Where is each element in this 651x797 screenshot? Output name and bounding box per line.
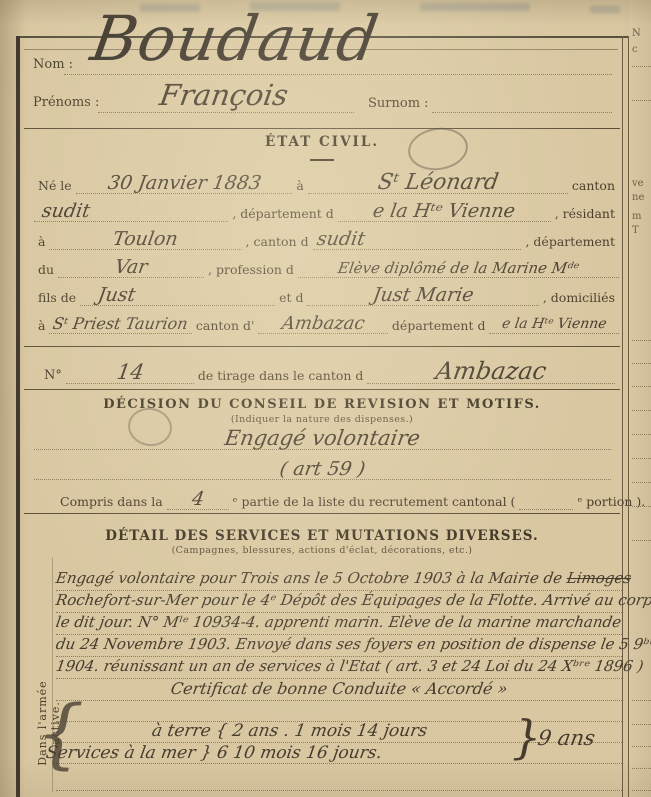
decision-line-1: Engagé volontaire: [34, 420, 611, 450]
ruled-line: [632, 434, 651, 435]
register-page: N c ve ne m T Nom : Boudaud Prénoms : Fr…: [0, 0, 651, 797]
field-value: e la Hᵗᵉ Vienne: [489, 313, 619, 334]
field-value: Sᵗ Priest Taurion: [49, 314, 191, 334]
parents-row: fils de Just et d Just Marie , domicilié…: [34, 278, 619, 306]
decision-title: DÉCISION DU CONSEIL DE REVISION ET MOTIF…: [24, 397, 620, 412]
ruled-line: [632, 482, 651, 483]
services-terre-line: à terre { 2 ans . 1 mois 14 jours: [152, 721, 427, 741]
profession-row: du Var , profession d Elève diplômé de l…: [34, 250, 619, 278]
canton-row: sudit , département d e la Hᵗᵉ Vienne , …: [34, 194, 619, 222]
field-label: , canton d: [242, 234, 313, 250]
service-entry-line: le dit jour. N° Mˡᵉ 10934-4. apprenti ma…: [56, 612, 622, 635]
left-border-rule: [16, 36, 20, 797]
field-value: Just: [80, 286, 275, 306]
ruled-line: [632, 540, 651, 541]
nom-handwritten: Boudaud: [92, 2, 378, 75]
bleed-mark: [420, 3, 530, 11]
field-value: e la Hᵗᵉ Vienne: [338, 202, 551, 222]
decision-value: ( art 59 ): [34, 460, 611, 480]
field-label: N°: [40, 368, 66, 384]
surnom-label: Surnom :: [368, 96, 429, 111]
field-value: 30 Janvier 1883: [76, 174, 293, 194]
decision-line-2: ( art 59 ): [34, 452, 611, 480]
field-value: Elève diplômé de la Marine Mᵈᵉ: [298, 258, 619, 278]
field-label: , domiciliés: [539, 290, 619, 306]
field-value: Ambazac: [367, 363, 615, 384]
section-divider: [24, 389, 620, 390]
ruled-line: [632, 386, 651, 387]
field-value: Ambazac: [258, 314, 388, 334]
field-label: , profession d: [204, 262, 298, 278]
title-dash: [310, 159, 334, 161]
ruled-line: [632, 410, 651, 411]
field-label: ᵉ partie de la liste du recrutement cant…: [229, 494, 520, 510]
services-hint: (Campagnes, blessures, actions d'éclat, …: [24, 545, 620, 556]
field-label: à: [34, 234, 49, 250]
etat-civil-title: ÉTAT CIVIL.: [24, 134, 620, 150]
residence-row: à Toulon , canton d sudit , département: [34, 222, 619, 250]
prenoms-line: [98, 112, 354, 113]
ruled-line: [632, 363, 651, 364]
bleed-mark: [590, 6, 620, 13]
service-entry-line: 1904. réunissant un an de services à l'E…: [56, 656, 622, 679]
field-label: , département d: [228, 206, 338, 222]
field-value: 4: [167, 490, 229, 510]
surnom-line: [432, 112, 612, 113]
ruled-line: [632, 746, 651, 747]
total-brace: }: [512, 710, 541, 764]
field-value: 14: [66, 364, 194, 384]
ruled-line: [632, 100, 651, 101]
field-value: sudit: [313, 230, 522, 250]
field-label: canton d': [192, 318, 259, 334]
compris-row: Compris dans la 4 ᵉ partie de la liste d…: [56, 486, 607, 510]
tirage-row: N° 14 de tirage dans le canton d Ambazac: [40, 352, 615, 384]
struck-text: Limoges: [565, 569, 632, 587]
section-divider: [24, 513, 620, 514]
field-label: à: [292, 178, 307, 194]
field-label: Compris dans la: [56, 494, 167, 510]
field-label: canton: [568, 178, 619, 194]
cutoff-text-fragment: T: [632, 225, 639, 236]
ruled-line: [56, 790, 622, 791]
field-value: Toulon: [49, 230, 241, 250]
cutoff-text-fragment: ne: [632, 192, 644, 203]
ruled-line: [632, 700, 651, 701]
section-divider: [24, 346, 620, 347]
service-entry-line: du 24 Novembre 1903. Envoyé dans ses foy…: [56, 634, 622, 657]
certificate-line: Certificat de bonne Conduite « Accordé »: [56, 678, 622, 701]
field-label: , résidant: [551, 206, 619, 222]
field-label: Né le: [34, 178, 76, 194]
cutoff-text-fragment: ve: [632, 178, 644, 189]
services-title: DÉTAIL DES SERVICES ET MUTATIONS DIVERSE…: [24, 528, 620, 544]
empty-field: [519, 509, 573, 510]
right-border-rule: [622, 36, 623, 797]
ruled-line: [632, 790, 651, 791]
field-label: de tirage dans le canton d: [194, 368, 368, 384]
cutoff-text-fragment: c: [632, 44, 638, 55]
service-entry-line: Rochefort-sur-Mer pour le 4ᵉ Dépôt des É…: [56, 590, 622, 613]
service-entry-line: Engagé volontaire pour Trois ans le 5 Oc…: [56, 568, 622, 591]
ruled-line: [632, 340, 651, 341]
field-label: à: [34, 318, 49, 334]
birth-row: Né le 30 Janvier 1883 à Sᵗ Léonard canto…: [34, 166, 619, 194]
left-margin-brace: {: [36, 688, 84, 777]
ruled-line: [632, 768, 651, 769]
field-label: et d: [275, 290, 307, 306]
next-page-sliver: N c ve ne m T: [629, 0, 651, 797]
prenoms-label: Prénoms :: [33, 95, 99, 110]
services-total: 9 ans: [538, 726, 595, 750]
field-value: sudit: [34, 202, 228, 222]
section-divider: [24, 128, 620, 129]
cutoff-text-fragment: N: [632, 28, 641, 39]
field-value: Var: [58, 258, 204, 278]
decision-value: Engagé volontaire: [34, 428, 611, 450]
field-label: département d: [388, 318, 490, 334]
field-label: ᵉ portion ).: [573, 494, 649, 510]
ruled-line: [632, 458, 651, 459]
field-label: , département: [521, 234, 619, 250]
ruled-line: [632, 66, 651, 67]
services-mer-line: Services à la mer } 6 10 mois 16 jours.: [46, 743, 382, 763]
nom-label: Nom :: [33, 57, 73, 72]
cutoff-text-fragment: m: [632, 211, 641, 222]
field-label: du: [34, 262, 58, 278]
field-label: fils de: [34, 290, 80, 306]
prenoms-handwritten: François: [160, 78, 288, 112]
field-value: Sᵗ Léonard: [308, 174, 568, 194]
field-value: Just Marie: [307, 286, 538, 306]
domicile-row: à Sᵗ Priest Taurion canton d' Ambazac dé…: [34, 306, 619, 334]
ruled-line: [632, 724, 651, 725]
